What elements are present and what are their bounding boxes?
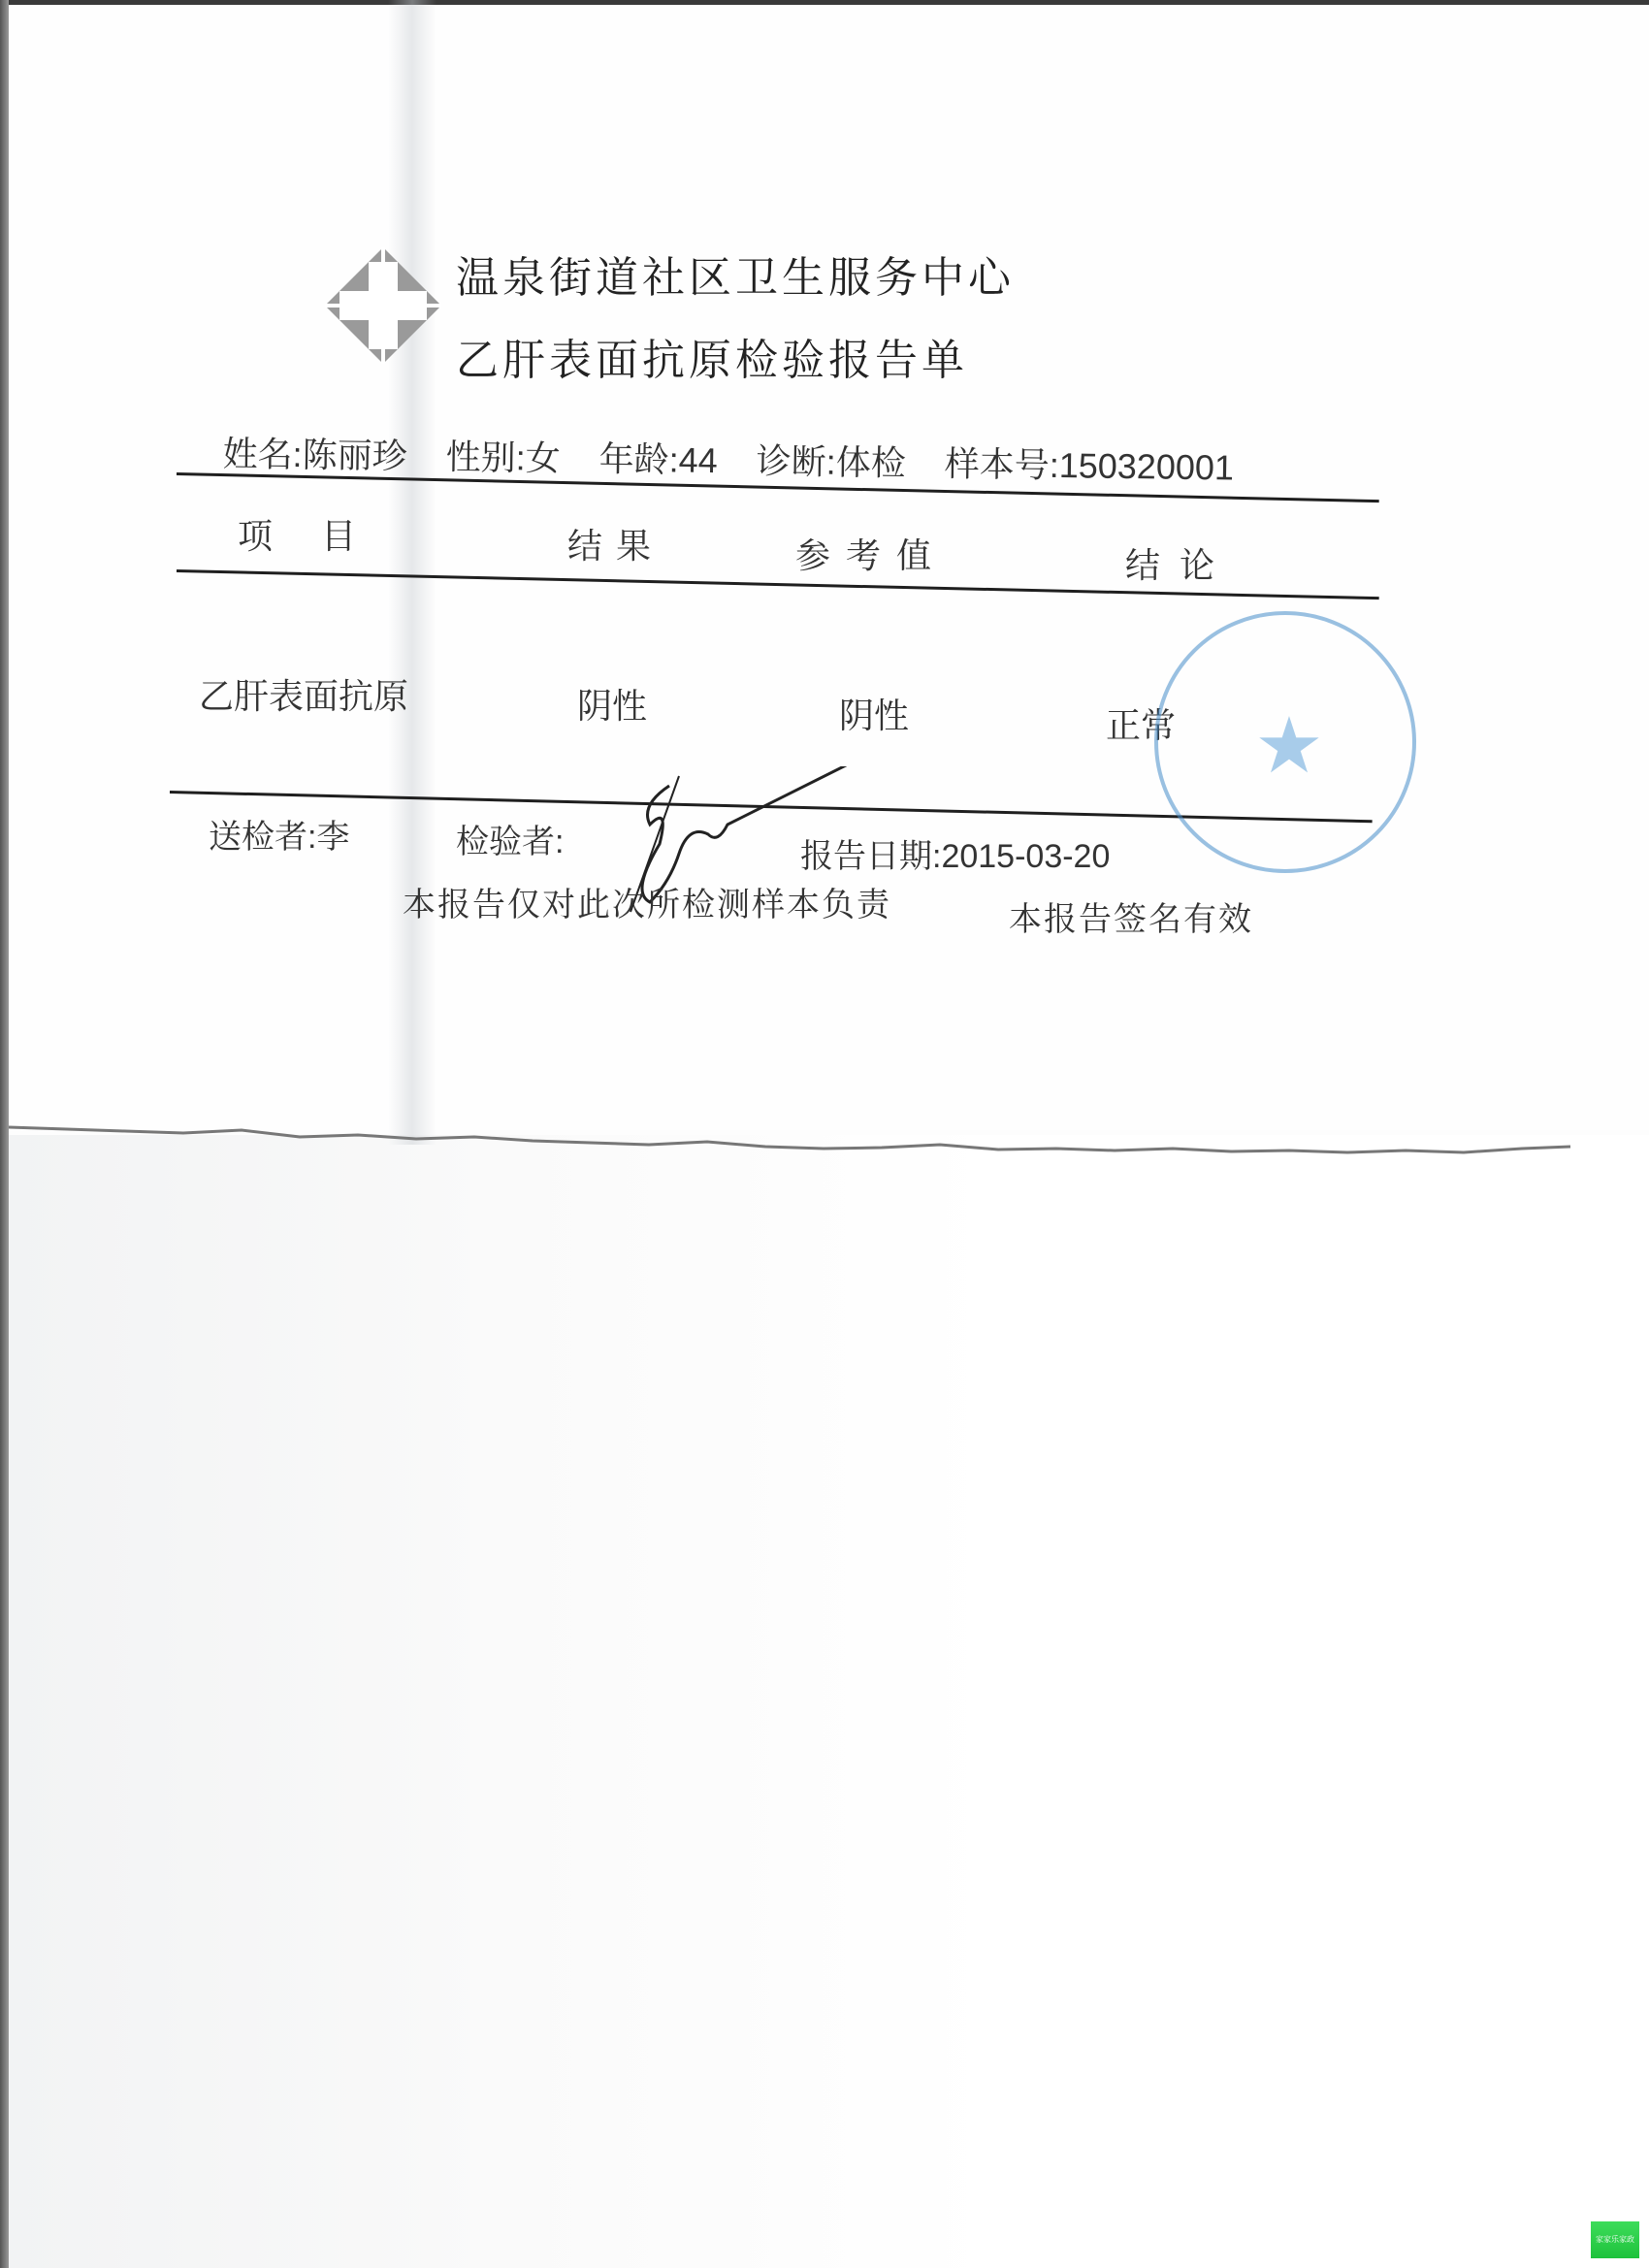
- watermark-badge: 家家乐家政: [1591, 2221, 1639, 2258]
- medical-cross-icon: [325, 247, 441, 364]
- signature-note: 本报告签名有效: [1009, 892, 1253, 940]
- patient-age: 44: [678, 440, 718, 481]
- label: 性别:: [445, 437, 526, 477]
- column-header-reference: 参考值: [795, 529, 947, 578]
- patient-name: 陈丽珍: [302, 435, 407, 476]
- sample-number-field: 样本号:150320001: [944, 443, 1234, 487]
- reference-cell: 阴性: [839, 689, 909, 738]
- column-header-conclusion: 结论: [1125, 538, 1234, 588]
- patient-sex-field: 性别:女: [445, 437, 561, 478]
- patient-sex: 女: [525, 437, 561, 477]
- label: 检验者:: [456, 824, 564, 860]
- organization-name: 温泉街道社区卫生服务中心: [456, 243, 1015, 305]
- label: 年龄:: [598, 438, 679, 479]
- report-date-field: 报告日期:2015-03-20: [800, 829, 1110, 877]
- disclaimer-text: 本报告仅对此次所检测样本负责: [403, 878, 891, 925]
- diagnosis: 体检: [835, 442, 906, 483]
- scan-left-border: [0, 0, 9, 2268]
- patient-age-field: 年龄:44: [598, 438, 718, 480]
- label: 报告日期:: [800, 838, 941, 875]
- column-header-item: 项目: [238, 509, 404, 559]
- patient-name-field: 姓名:陈丽珍: [222, 434, 407, 476]
- result-cell: 阴性: [577, 679, 647, 729]
- paper-fold-shadow: [388, 0, 436, 1145]
- report-title: 乙肝表面抗原检验报告单: [456, 325, 968, 387]
- sample-number: 150320001: [1058, 445, 1234, 488]
- column-header-result: 结果: [567, 519, 664, 568]
- official-seal-stamp: ★: [1154, 611, 1416, 873]
- diagnosis-field: 诊断:体检: [756, 441, 906, 483]
- submitter-field: 送检者:李: [209, 810, 349, 858]
- label: 姓名:: [222, 434, 303, 474]
- submitter-name: 李: [316, 819, 349, 856]
- label: 送检者:: [209, 819, 316, 856]
- blank-sheet-area: [9, 1135, 1649, 2268]
- item-cell: 乙肝表面抗原: [199, 669, 408, 719]
- official-seal-star-icon: ★: [1250, 707, 1328, 785]
- label: 诊断:: [756, 441, 836, 482]
- inspector-field: 检验者:: [456, 815, 564, 862]
- label: 样本号:: [944, 443, 1059, 485]
- torn-paper-edge: [9, 1116, 1580, 1154]
- report-date: 2015-03-20: [941, 838, 1110, 875]
